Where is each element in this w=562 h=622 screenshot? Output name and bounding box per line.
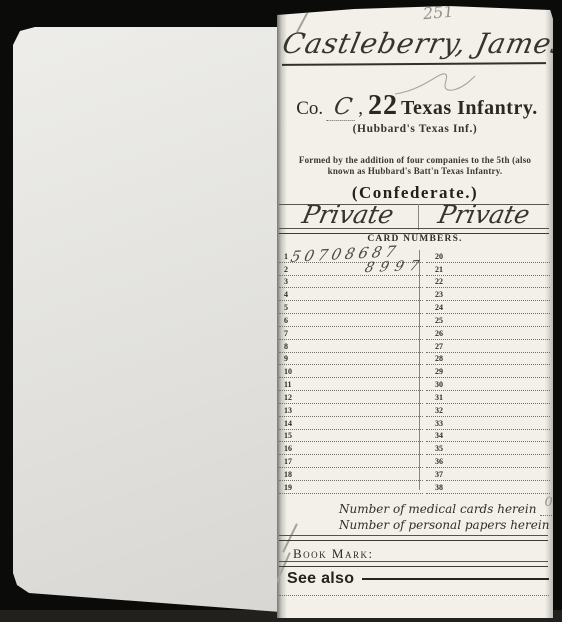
card-number-label: 1 [284, 252, 288, 262]
card-number-cell-left: 16 [279, 442, 423, 455]
card-number-cell-right: 38 [426, 481, 550, 494]
card-number-label: 34 [435, 431, 443, 441]
medical-cards-blank: 0 [540, 505, 562, 516]
name-underline [282, 62, 546, 66]
card-number-cell-left: 15 [279, 430, 423, 443]
blank-left-page [13, 27, 281, 612]
card-numbers-heading: CARD NUMBERS. [277, 234, 553, 244]
bottom-rule [279, 594, 549, 596]
book-mark-label: Book Mark: [293, 546, 374, 562]
see-also-blank [362, 578, 549, 580]
card-number-label: 15 [284, 431, 292, 441]
card-number-row: 1231 [279, 391, 550, 404]
card-number-cell-right: 22 [426, 276, 550, 289]
company-label: Co. [296, 98, 323, 120]
card-number-label: 11 [284, 380, 292, 390]
card-number-cell-right: 28 [426, 353, 550, 366]
card-number-row: 1433 [279, 417, 550, 430]
card-number-cell-left: 3 [279, 276, 423, 289]
card-number-label: 6 [284, 316, 288, 326]
card-number-label: 21 [435, 265, 443, 275]
card-number-label: 33 [435, 419, 443, 429]
card-number-label: 4 [284, 290, 288, 300]
card-number-cell-left: 19 [279, 481, 423, 494]
card-number-cell-right: 29 [426, 365, 550, 378]
card-number-label: 19 [284, 483, 292, 493]
card-number-cell-left: 6 [279, 314, 423, 327]
card-number-label: 27 [435, 342, 443, 352]
rank-right-handwritten: Private [418, 200, 550, 229]
card-number-cell-left: 17 [279, 455, 423, 468]
card-number-cell-right: 21 [426, 263, 550, 276]
card-number-cell-right: 20 [426, 250, 550, 263]
divider-rule-1 [279, 535, 548, 541]
regiment-name: Texas Infantry. [401, 97, 538, 120]
card-number-label: 24 [435, 303, 443, 313]
card-number-cell-right: 24 [426, 301, 550, 314]
card-number-row: 726 [279, 327, 550, 340]
record-scan: 251 Castleberry, James Co. C , 22 Texas … [0, 0, 562, 622]
card-number-label: 16 [284, 444, 292, 454]
card-number-row: 1736 [279, 455, 550, 468]
formation-note: Formed by the addition of four companies… [287, 155, 543, 176]
card-number-row: 827 [279, 340, 550, 353]
card-number-cell-right: 33 [426, 417, 550, 430]
service-record-jacket: 251 Castleberry, James Co. C , 22 Texas … [277, 6, 553, 618]
formation-note-line1: Formed by the addition of four companies… [287, 155, 543, 166]
card-number-label: 9 [284, 354, 288, 364]
card-number-cell-right: 26 [426, 327, 550, 340]
card-number-cell-right: 36 [426, 455, 550, 468]
card-number-label: 18 [284, 470, 292, 480]
card-number-cell-right: 30 [426, 378, 550, 391]
card-number-cell-left: 9 [279, 353, 423, 366]
card-number-cell-left: 11 [279, 378, 423, 391]
card-number-label: 30 [435, 380, 443, 390]
medical-cards-value: 0 [544, 495, 552, 510]
card-number-label: 31 [435, 393, 443, 403]
card-number-label: 10 [284, 367, 292, 377]
card-number-label: 8 [284, 342, 288, 352]
card-number-cell-left: 18 [279, 468, 423, 481]
card-number-label: 32 [435, 406, 443, 416]
card-number-label: 22 [435, 277, 443, 287]
card-number-cell-left: 13 [279, 404, 423, 417]
card-number-row: 1130 [279, 378, 550, 391]
personal-papers-value: 0 [557, 511, 562, 526]
card-number-cell-right: 27 [426, 340, 550, 353]
card-number-cell-right: 31 [426, 391, 550, 404]
personal-papers-label: Number of personal papers herein [339, 518, 549, 532]
card-number-cell-right: 25 [426, 314, 550, 327]
card-number-label: 17 [284, 457, 292, 467]
card-number-row: 423 [279, 288, 550, 301]
card-number-label: 5 [284, 303, 288, 313]
personal-papers-line: Number of personal papers herein 0 [339, 518, 562, 532]
card-number-label: 37 [435, 470, 443, 480]
divider-rule-2 [279, 561, 548, 567]
card-number-row: 625 [279, 314, 550, 327]
unit-line: Co. C , 22 Texas Infantry. [289, 90, 545, 122]
card-number-row: 1534 [279, 430, 550, 443]
card-number-label: 12 [284, 393, 292, 403]
medical-cards-label: Number of medical cards herein [339, 502, 536, 516]
card-number-row: 524 [279, 301, 550, 314]
personal-papers-blank: 0 [553, 521, 562, 532]
card-number-label: 7 [284, 329, 288, 339]
card-number-cell-right: 35 [426, 442, 550, 455]
card-number-row: 1837 [279, 468, 550, 481]
card-number-cell-right: 34 [426, 430, 550, 443]
see-also-line: See also [287, 570, 549, 588]
see-also-label: See also [287, 570, 354, 588]
card-number-cell-left: 14 [279, 417, 423, 430]
regiment-number: 22 [368, 90, 398, 122]
soldier-name: Castleberry, James [279, 27, 550, 60]
card-number-cell-left: 8 [279, 340, 423, 353]
card-number-cell-left: 10 [279, 365, 423, 378]
card-number-label: 3 [284, 277, 288, 287]
card-number-row: 928 [279, 353, 550, 366]
card-number-row: 322 [279, 276, 550, 289]
unit-comma: , [358, 98, 363, 120]
card-number-label: 23 [435, 290, 443, 300]
card-number-row: 1332 [279, 404, 550, 417]
card-number-label: 38 [435, 483, 443, 493]
card-number-label: 14 [284, 419, 292, 429]
card-number-label: 29 [435, 367, 443, 377]
card-number-cell-right: 23 [426, 288, 550, 301]
card-number-label: 2 [284, 265, 288, 275]
pencil-page-number: 251 [422, 2, 454, 24]
card-number-row: 1029 [279, 365, 550, 378]
card-number-label: 35 [435, 444, 443, 454]
medical-cards-line: Number of medical cards herein 0 [339, 502, 562, 516]
card-number-cell-left: 7 [279, 327, 423, 340]
card-number-cell-right: 37 [426, 468, 550, 481]
card-number-cell-right: 32 [426, 404, 550, 417]
paper-sheen [13, 27, 281, 612]
card-number-label: 28 [435, 354, 443, 364]
card-numbers-table: 1202213224235246257268279281029113012311… [279, 250, 550, 494]
card-number-row: 1938 [279, 481, 550, 494]
rank-left-handwritten: Private [278, 200, 418, 229]
card-number-label: 26 [435, 329, 443, 339]
alternate-unit-name: (Hubbard's Texas Inf.) [277, 123, 553, 135]
table-column-divider [419, 250, 420, 490]
company-letter-handwritten: C [327, 94, 360, 121]
card-number-cell-left: 12 [279, 391, 423, 404]
rank-column-divider [418, 204, 419, 230]
handwritten-card-number-2: 8997 [363, 258, 427, 276]
card-number-cell-left: 4 [279, 288, 423, 301]
book-mark-line: Book Mark: [293, 546, 547, 562]
card-number-cell-left: 5 [279, 301, 423, 314]
card-number-label: 25 [435, 316, 443, 326]
card-number-row: 1635 [279, 442, 550, 455]
card-number-label: 20 [435, 252, 443, 262]
card-number-label: 36 [435, 457, 443, 467]
card-number-label: 13 [284, 406, 292, 416]
formation-note-line2: known as Hubbard's Batt'n Texas Infantry… [287, 166, 543, 177]
